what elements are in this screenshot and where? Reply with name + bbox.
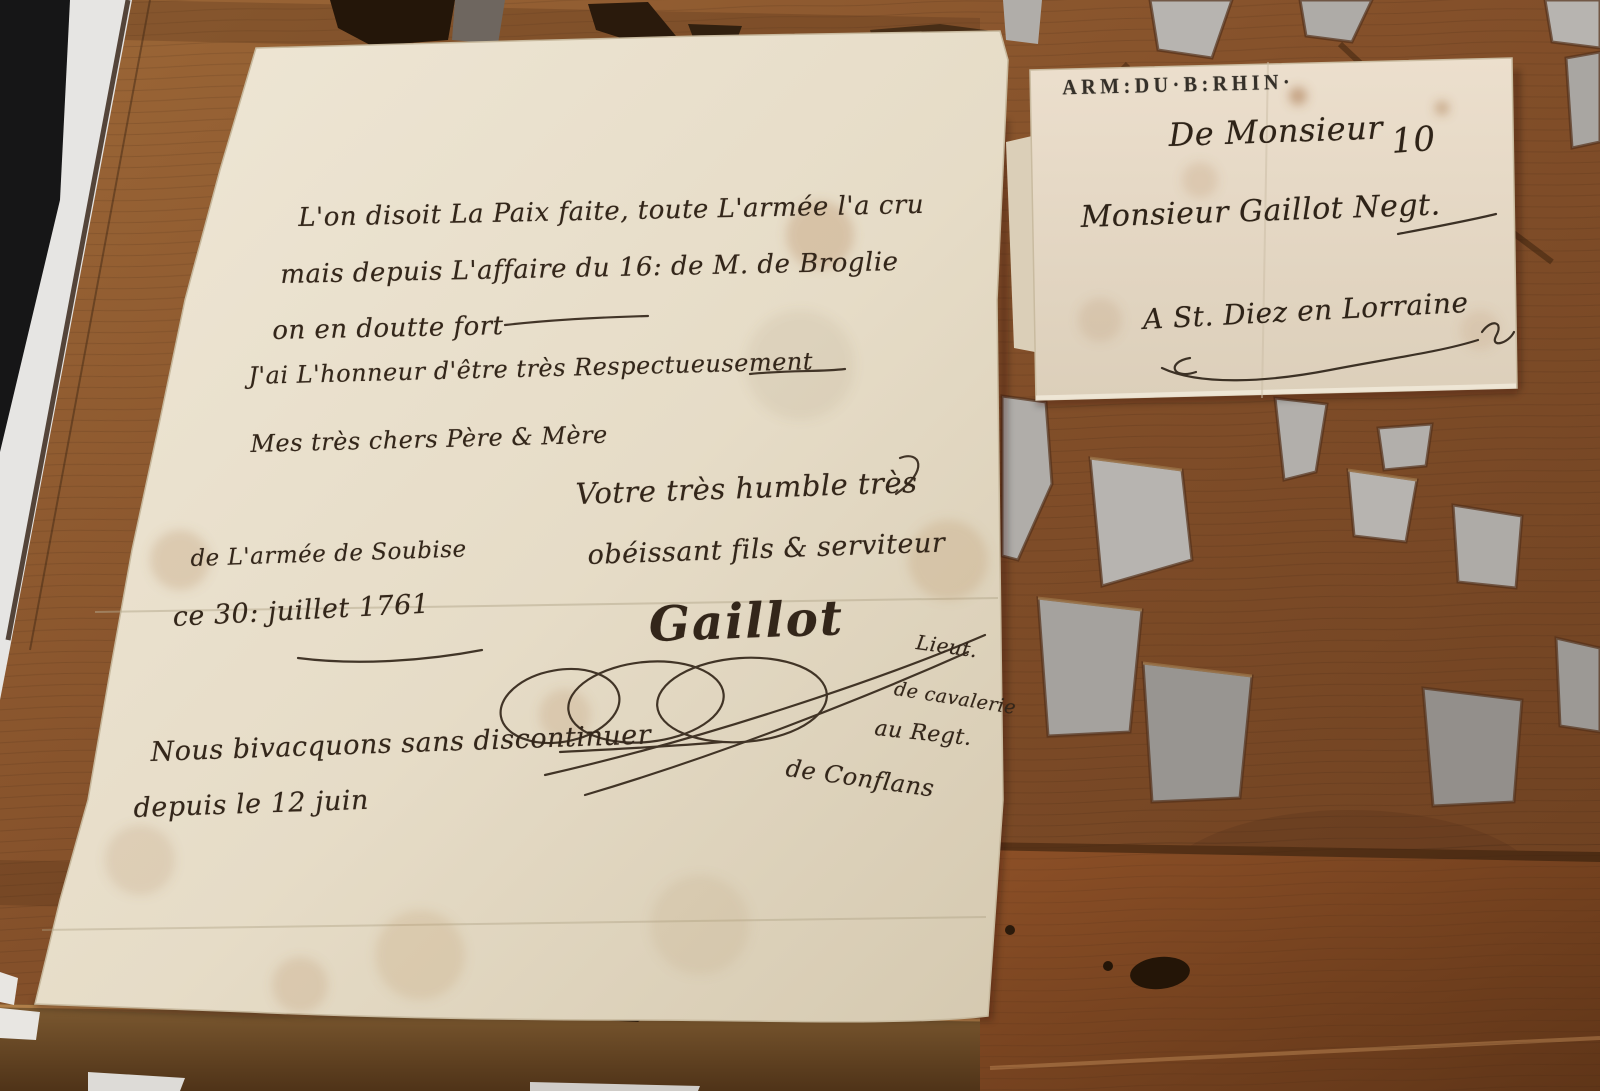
photo-of-historic-letter-and-cover: L'on disoit La Paix faite, toute L'armée… bbox=[0, 0, 1600, 1091]
cover-postal-rate: 10 bbox=[1390, 119, 1437, 162]
letter-signature: Gaillot bbox=[648, 590, 845, 653]
letter-line-doutte: on en doutte fort bbox=[272, 311, 504, 346]
cover-sender-line: De Monsieur bbox=[1168, 109, 1384, 154]
